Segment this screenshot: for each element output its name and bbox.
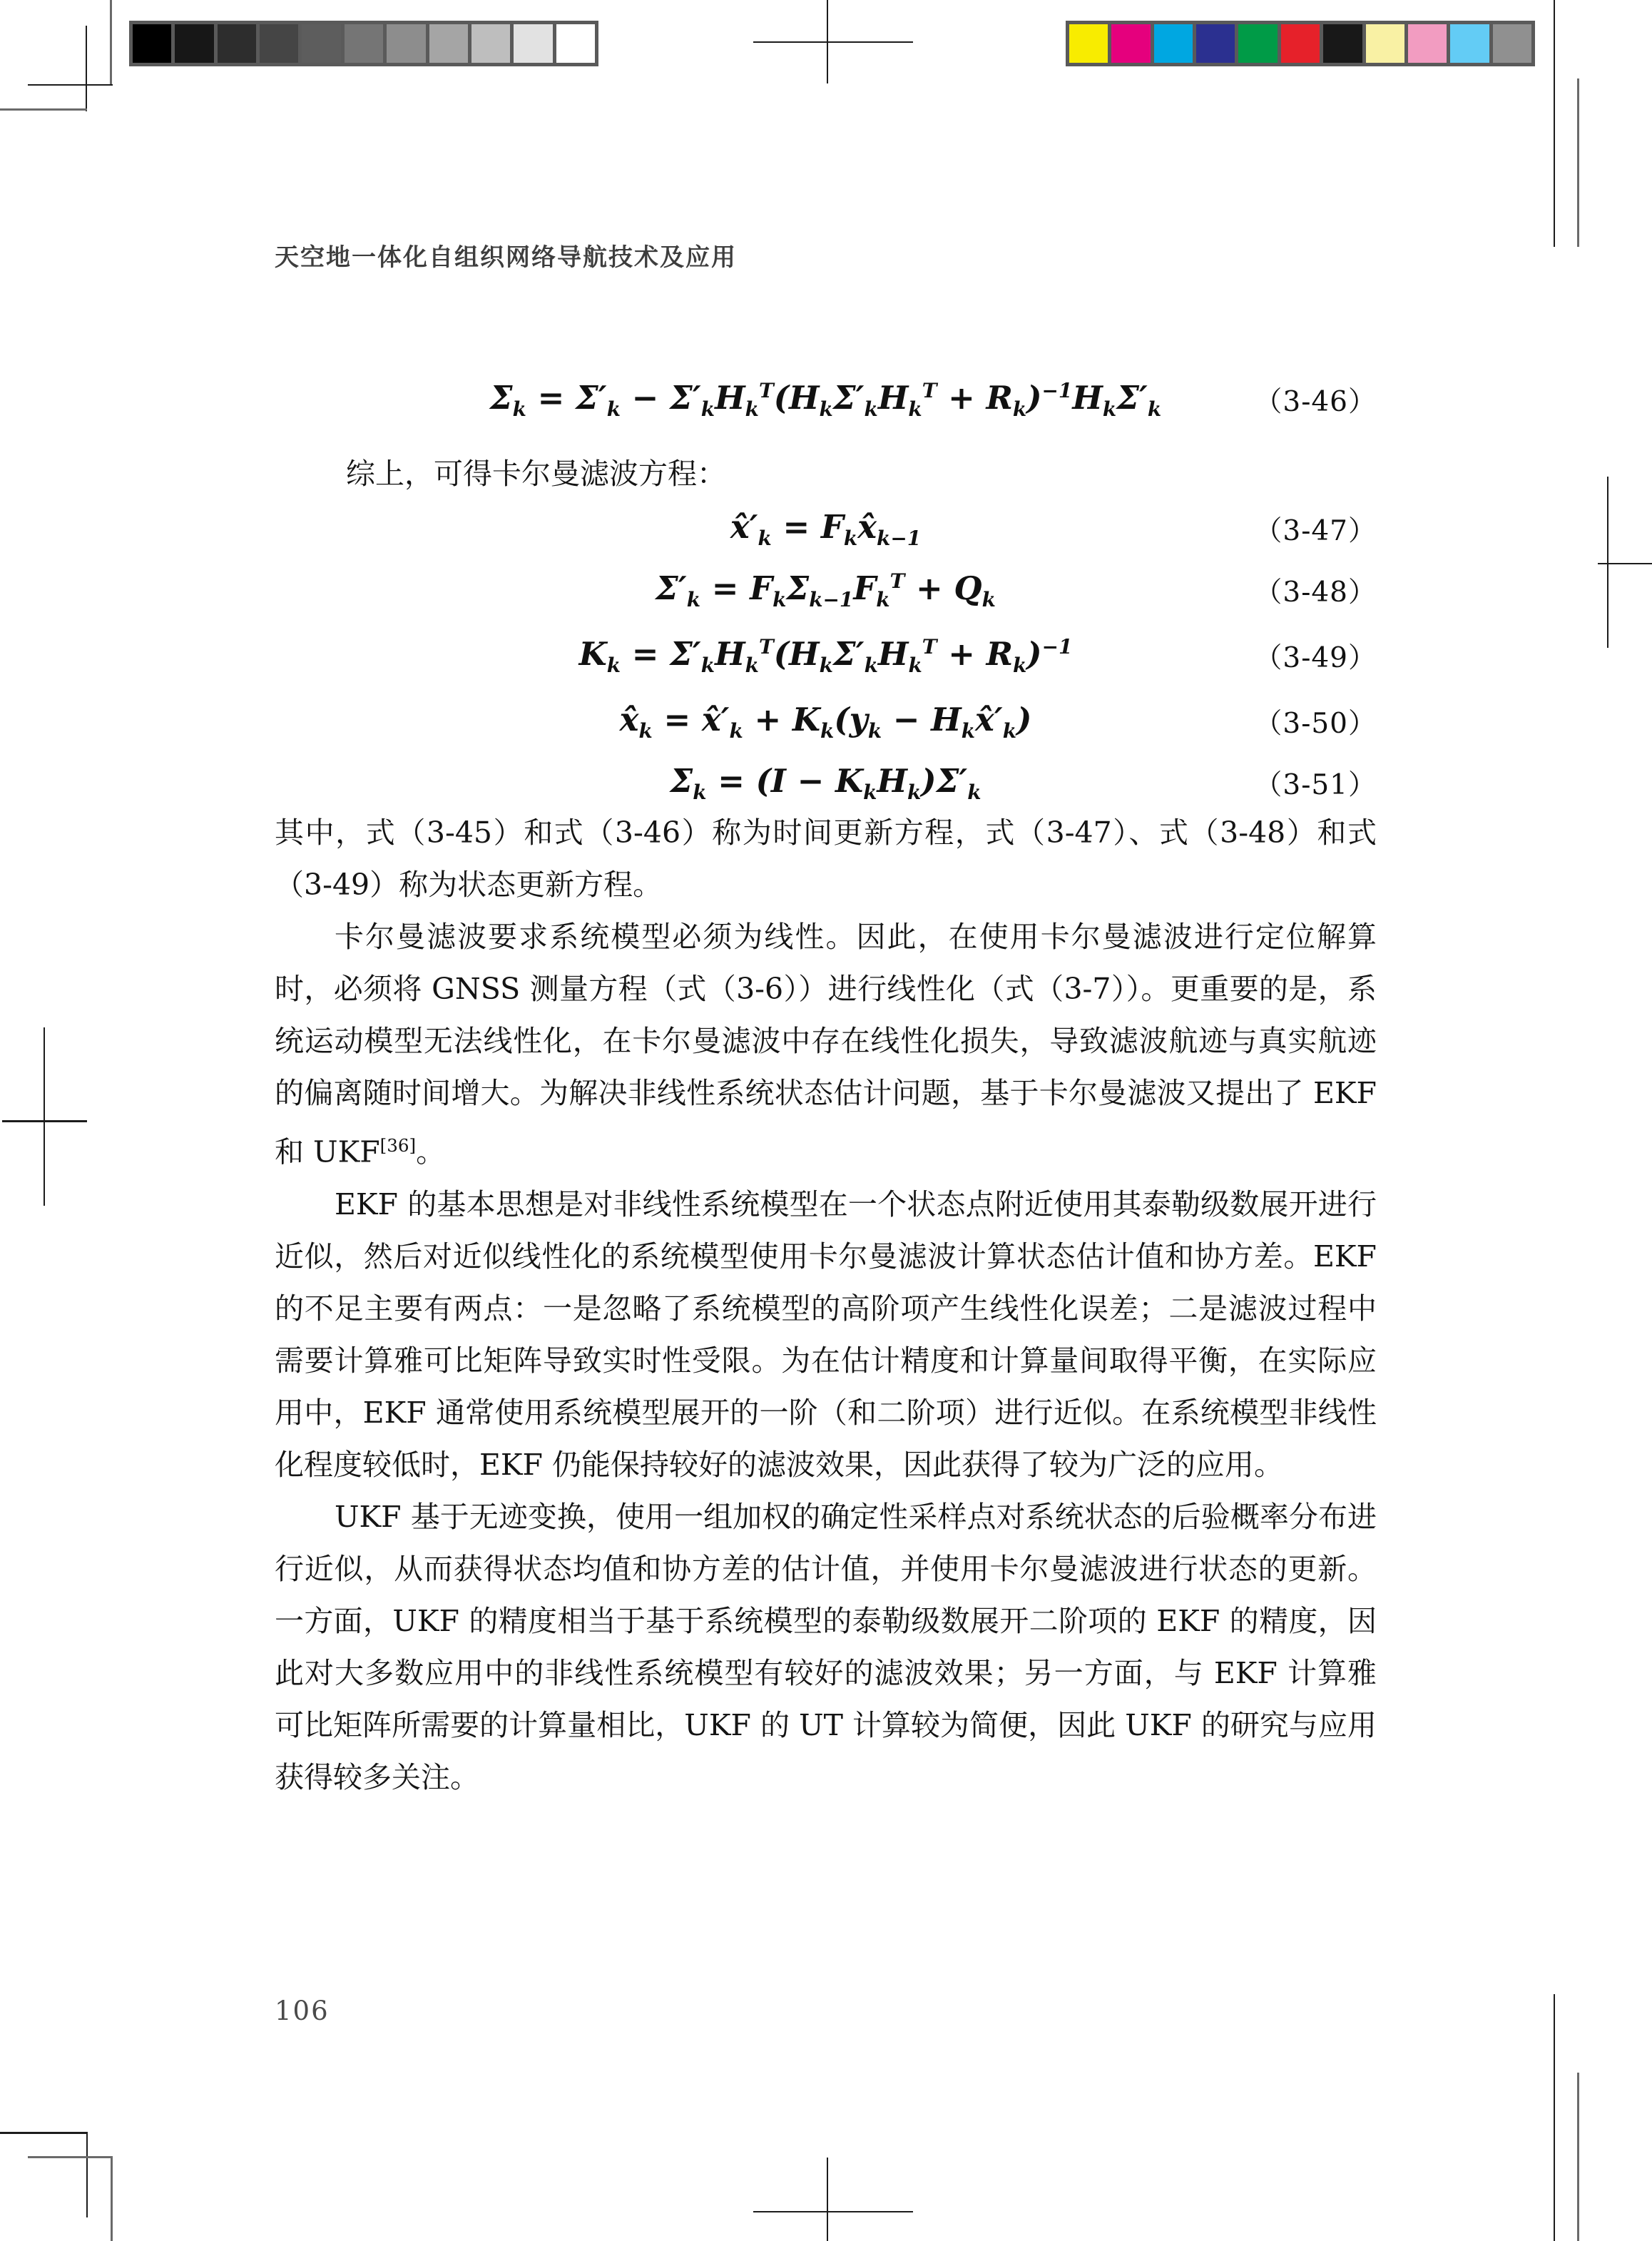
crop-mark-bottom-right-v-black (1554, 1994, 1555, 2241)
equation-3-50-label: （3-50） (1254, 701, 1377, 741)
equation-3-51: Σk = (I − KkHk)Σ′k （3-51） (275, 755, 1377, 810)
paragraph-kalman-linearity-text: 卡尔曼滤波要求系统模型必须为线性。因此，在使用卡尔曼滤波进行定位解算时，必须将 … (275, 920, 1377, 1169)
color-swatch-7 (1366, 24, 1404, 63)
paragraph-ekf: EKF 的基本思想是对非线性系统模型在一个状态点附近使用其泰勒级数展开进行近似，… (275, 1179, 1377, 1491)
paragraph-ukf: UKF 基于无迹变换，使用一组加权的确定性采样点对系统状态的后验概率分布进行近似… (275, 1491, 1377, 1804)
intro-line: 综上，可得卡尔曼滤波方程： (275, 450, 1377, 492)
equation-3-50: x̂k = x̂′k + Kk(yk − Hkx̂′k) （3-50） (275, 693, 1377, 749)
color-swatch-9 (1450, 24, 1489, 63)
crop-mark-top-left-h-gray (0, 108, 87, 111)
grayscale-swatch-7 (429, 24, 468, 63)
crop-mark-top-left-v-gray (110, 0, 112, 86)
color-swatch-2 (1154, 24, 1193, 63)
equation-3-47: x̂′k = Fkx̂k−1 （3-47） (275, 501, 1377, 557)
paragraph-equation-notes: 其中，式（3-45）和式（3-46）称为时间更新方程，式（3-47）、式（3-4… (275, 807, 1377, 911)
color-swatch-3 (1196, 24, 1235, 63)
grayscale-swatch-8 (471, 24, 510, 63)
crop-mark-bottom-right-v-gray (1577, 2073, 1579, 2241)
equation-3-48-label: （3-48） (1254, 570, 1377, 610)
color-swatch-0 (1069, 24, 1108, 63)
equation-3-47-label: （3-47） (1254, 509, 1377, 549)
crop-mark-left-middle-h (2, 1120, 87, 1122)
equation-3-50-formula: x̂k = x̂′k + Kk(yk − Hkx̂′k) (620, 701, 1032, 743)
color-calibration-bar (1066, 21, 1535, 66)
grayscale-swatch-4 (302, 24, 340, 63)
body-text: 其中，式（3-45）和式（3-46）称为时间更新方程，式（3-47）、式（3-4… (275, 807, 1377, 1804)
crop-mark-right-middle-v (1607, 477, 1608, 648)
grayscale-swatch-6 (387, 24, 425, 63)
citation-36: [36] (380, 1135, 417, 1156)
equation-3-48-formula: Σ′k = FkΣk−1FkT + Qk (656, 569, 996, 611)
equation-3-51-formula: Σk = (I − KkHk)Σ′k (670, 762, 981, 804)
grayscale-calibration-bar (129, 21, 598, 66)
equation-3-49-formula: Kk = Σ′kHkT(HkΣ′kHkT + Rk)−1 (579, 635, 1073, 677)
page-number: 106 (275, 1996, 330, 2026)
grayscale-swatch-3 (260, 24, 298, 63)
running-head-title: 天空地一体化自组织网络导航技术及应用 (275, 238, 737, 273)
crop-mark-left-middle-v (44, 1027, 45, 1206)
equation-3-49-label: （3-49） (1254, 636, 1377, 676)
grayscale-swatch-1 (175, 24, 213, 63)
grayscale-swatch-5 (345, 24, 383, 63)
color-swatch-1 (1111, 24, 1150, 63)
book-page: 天空地一体化自组织网络导航技术及应用 Σk = Σ′k − Σ′kHkT(HkΣ… (0, 0, 1652, 2241)
equation-3-46-formula: Σk = Σ′k − Σ′kHkT(HkΣ′kHkT + Rk)−1HkΣ′k (490, 379, 1161, 421)
equation-3-48: Σ′k = FkΣk−1FkT + Qk （3-48） (275, 562, 1377, 618)
grayscale-swatch-2 (218, 24, 256, 63)
crop-mark-top-right-v-black (1554, 0, 1555, 247)
crop-mark-top-right-v-gray (1577, 78, 1579, 247)
equation-3-46: Σk = Σ′k − Σ′kHkT(HkΣ′kHkT + Rk)−1HkΣ′k … (275, 372, 1377, 427)
crop-mark-bottom-left-v-gray (111, 2156, 113, 2241)
crop-mark-top-left-v-black (86, 26, 87, 111)
crop-mark-bottom-left-h-gray (28, 2156, 113, 2158)
paragraph-kalman-linearity: 卡尔曼滤波要求系统模型必须为线性。因此，在使用卡尔曼滤波进行定位解算时，必须将 … (275, 911, 1377, 1179)
color-swatch-6 (1323, 24, 1362, 63)
crop-mark-bottom-center-h (753, 2211, 913, 2212)
crop-mark-right-middle-h (1598, 563, 1652, 564)
grayscale-swatch-9 (514, 24, 552, 63)
crop-mark-top-center-h (753, 41, 913, 43)
grayscale-swatch-10 (556, 24, 595, 63)
paragraph-kalman-linearity-end: 。 (416, 1135, 445, 1169)
color-swatch-5 (1281, 24, 1320, 63)
grayscale-swatch-0 (133, 24, 171, 63)
crop-mark-top-left-h-black (28, 84, 113, 86)
color-swatch-8 (1408, 24, 1447, 63)
crop-mark-bottom-left-v-black (86, 2132, 88, 2217)
equation-3-46-label: （3-46） (1254, 380, 1377, 420)
crop-mark-bottom-left-h-black (0, 2132, 88, 2134)
equation-3-49: Kk = Σ′kHkT(HkΣ′kHkT + Rk)−1 （3-49） (275, 628, 1377, 684)
equation-3-51-label: （3-51） (1254, 763, 1377, 803)
color-swatch-10 (1493, 24, 1531, 63)
equation-3-47-formula: x̂′k = Fkx̂k−1 (730, 508, 921, 550)
crop-mark-bottom-center-v (827, 2158, 828, 2241)
color-swatch-4 (1238, 24, 1277, 63)
